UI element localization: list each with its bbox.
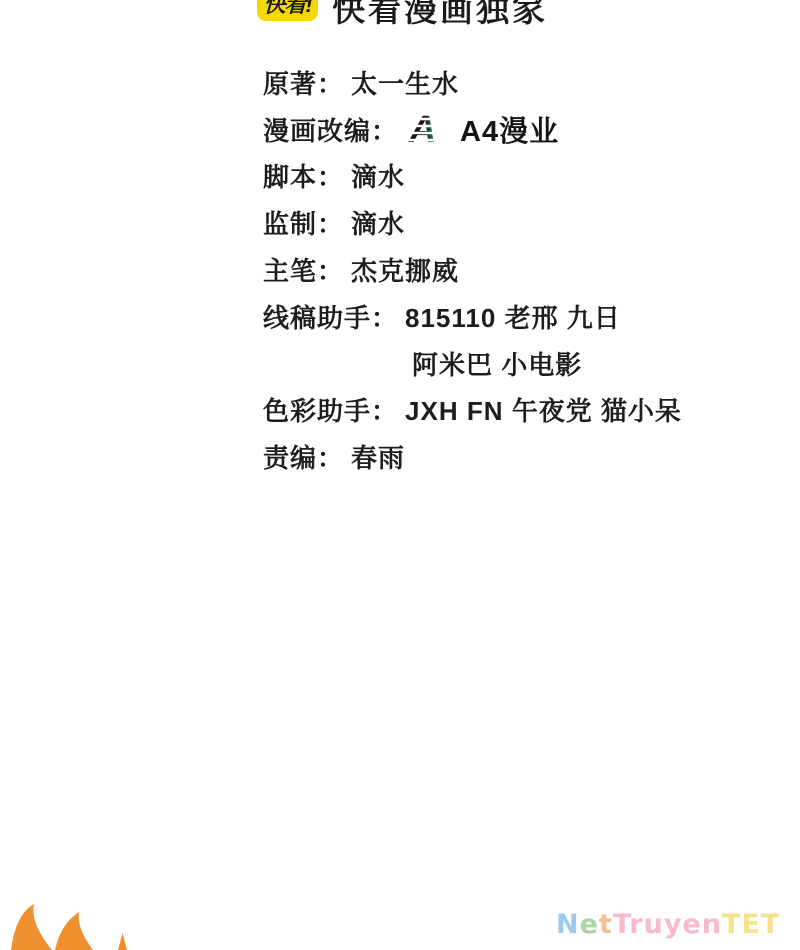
publisher-title: 快看漫画独家 <box>332 0 548 31</box>
credit-value: 815110 老邢 九日 <box>405 298 621 335</box>
credit-value: 阿米巴 小电影 <box>412 345 582 382</box>
credit-label: 色彩助手： <box>263 391 398 428</box>
credit-row-script: 脚本： 滴水 <box>263 153 682 200</box>
credit-value: 太一生水 <box>351 64 459 101</box>
credit-label: 线稿助手： <box>263 298 398 335</box>
credit-value: 滴水 <box>351 204 405 241</box>
a4-studio-name: A4漫业 <box>460 109 559 150</box>
credit-value: 杰克挪威 <box>351 251 459 288</box>
credit-row-editor: 责编： 春雨 <box>263 433 682 480</box>
credit-label: 脚本： <box>263 157 344 194</box>
credit-label: 原著： <box>263 64 344 101</box>
flame-artwork-icon <box>0 900 340 950</box>
credit-row-original-author: 原著： 太一生水 <box>263 59 682 106</box>
credit-row-line-assistants-cont: 阿米巴 小电影 <box>405 340 682 387</box>
credit-label: 漫画改编： <box>263 111 398 148</box>
a4-studio-logo-icon: A <box>408 112 454 146</box>
credit-label: 责编： <box>263 438 344 475</box>
credit-row-lead-artist: 主笔： 杰克挪威 <box>263 246 682 293</box>
credit-value: 滴水 <box>351 157 405 194</box>
credit-label: 主笔： <box>263 251 344 288</box>
credit-row-line-assistants: 线稿助手： 815110 老邢 九日 <box>263 293 682 340</box>
credit-row-color-assistants: 色彩助手： JXH FN 午夜党 猫小呆 <box>263 387 682 434</box>
comic-credits-page: 快看! 快看漫画独家 原著： 太一生水 漫画改编： A <box>0 0 800 950</box>
credit-value: 春雨 <box>351 438 405 475</box>
credit-label: 监制： <box>263 204 344 241</box>
credit-row-supervisor: 监制： 滴水 <box>263 199 682 246</box>
credit-row-adaptation: 漫画改编： A A4漫业 <box>263 106 682 153</box>
kuaikan-icon-glyph: 快看! <box>263 0 311 19</box>
credits-list: 原著： 太一生水 漫画改编： A <box>263 59 682 480</box>
credit-value: JXH FN 午夜党 猫小呆 <box>405 391 682 428</box>
kuaikan-app-icon: 快看! <box>257 0 318 21</box>
site-watermark: NetTruyenTET <box>556 909 780 940</box>
